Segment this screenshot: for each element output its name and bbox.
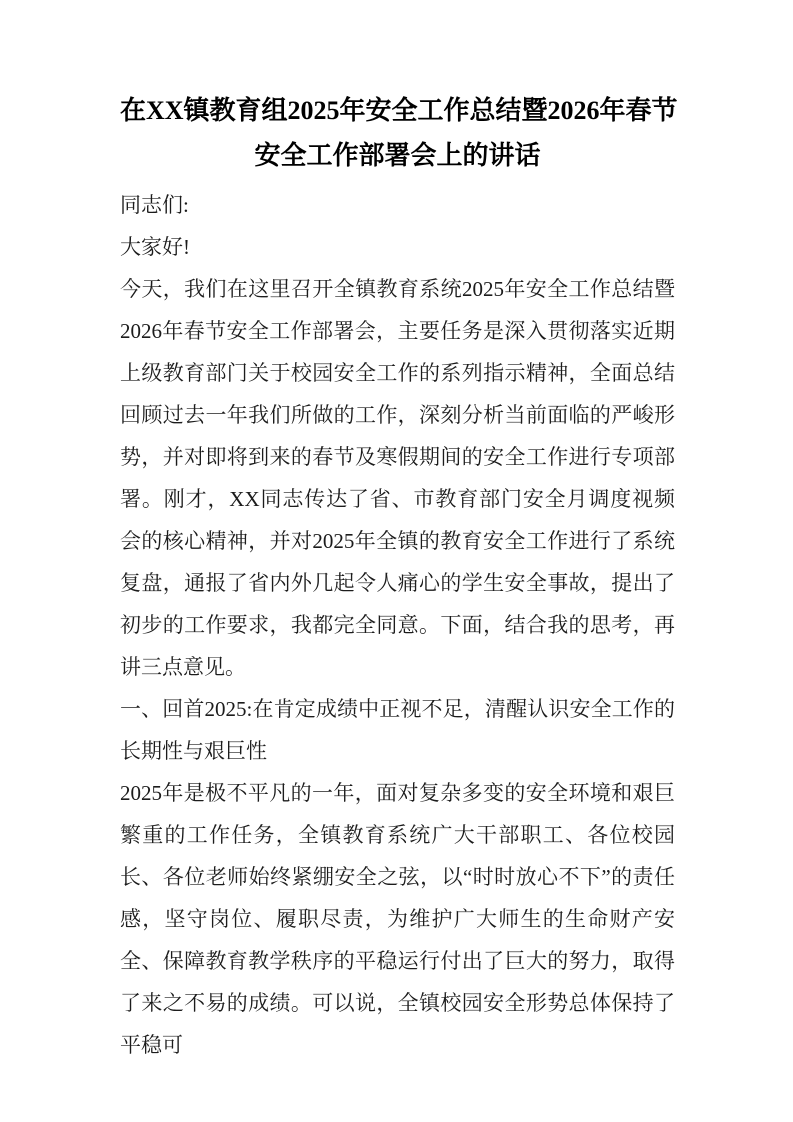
section-one-heading: 一、回首2025:在肯定成绩中正视不足，清醒认识安全工作的长期性与艰巨性 xyxy=(120,688,675,772)
document-title: 在XX镇教育组2025年安全工作总结暨2026年春节 安全工作部署会上的讲话 xyxy=(120,88,675,178)
section-one-body-paragraph: 2025年是极不平凡的一年，面对复杂多变的安全环境和艰巨繁重的工作任务，全镇教育… xyxy=(120,772,675,1066)
salutation-paragraph: 同志们: xyxy=(120,184,675,226)
document-content: 在XX镇教育组2025年安全工作总结暨2026年春节 安全工作部署会上的讲话 同… xyxy=(0,0,793,1066)
intro-paragraph: 今天，我们在这里召开全镇教育系统2025年安全工作总结暨2026年春节安全工作部… xyxy=(120,268,675,688)
document-title-line-1: 在XX镇教育组2025年安全工作总结暨2026年春节 xyxy=(120,88,675,133)
document-title-line-2: 安全工作部署会上的讲话 xyxy=(120,133,675,178)
greeting-paragraph: 大家好! xyxy=(120,226,675,268)
document-page: 在XX镇教育组2025年安全工作总结暨2026年春节 安全工作部署会上的讲话 同… xyxy=(0,0,793,1122)
